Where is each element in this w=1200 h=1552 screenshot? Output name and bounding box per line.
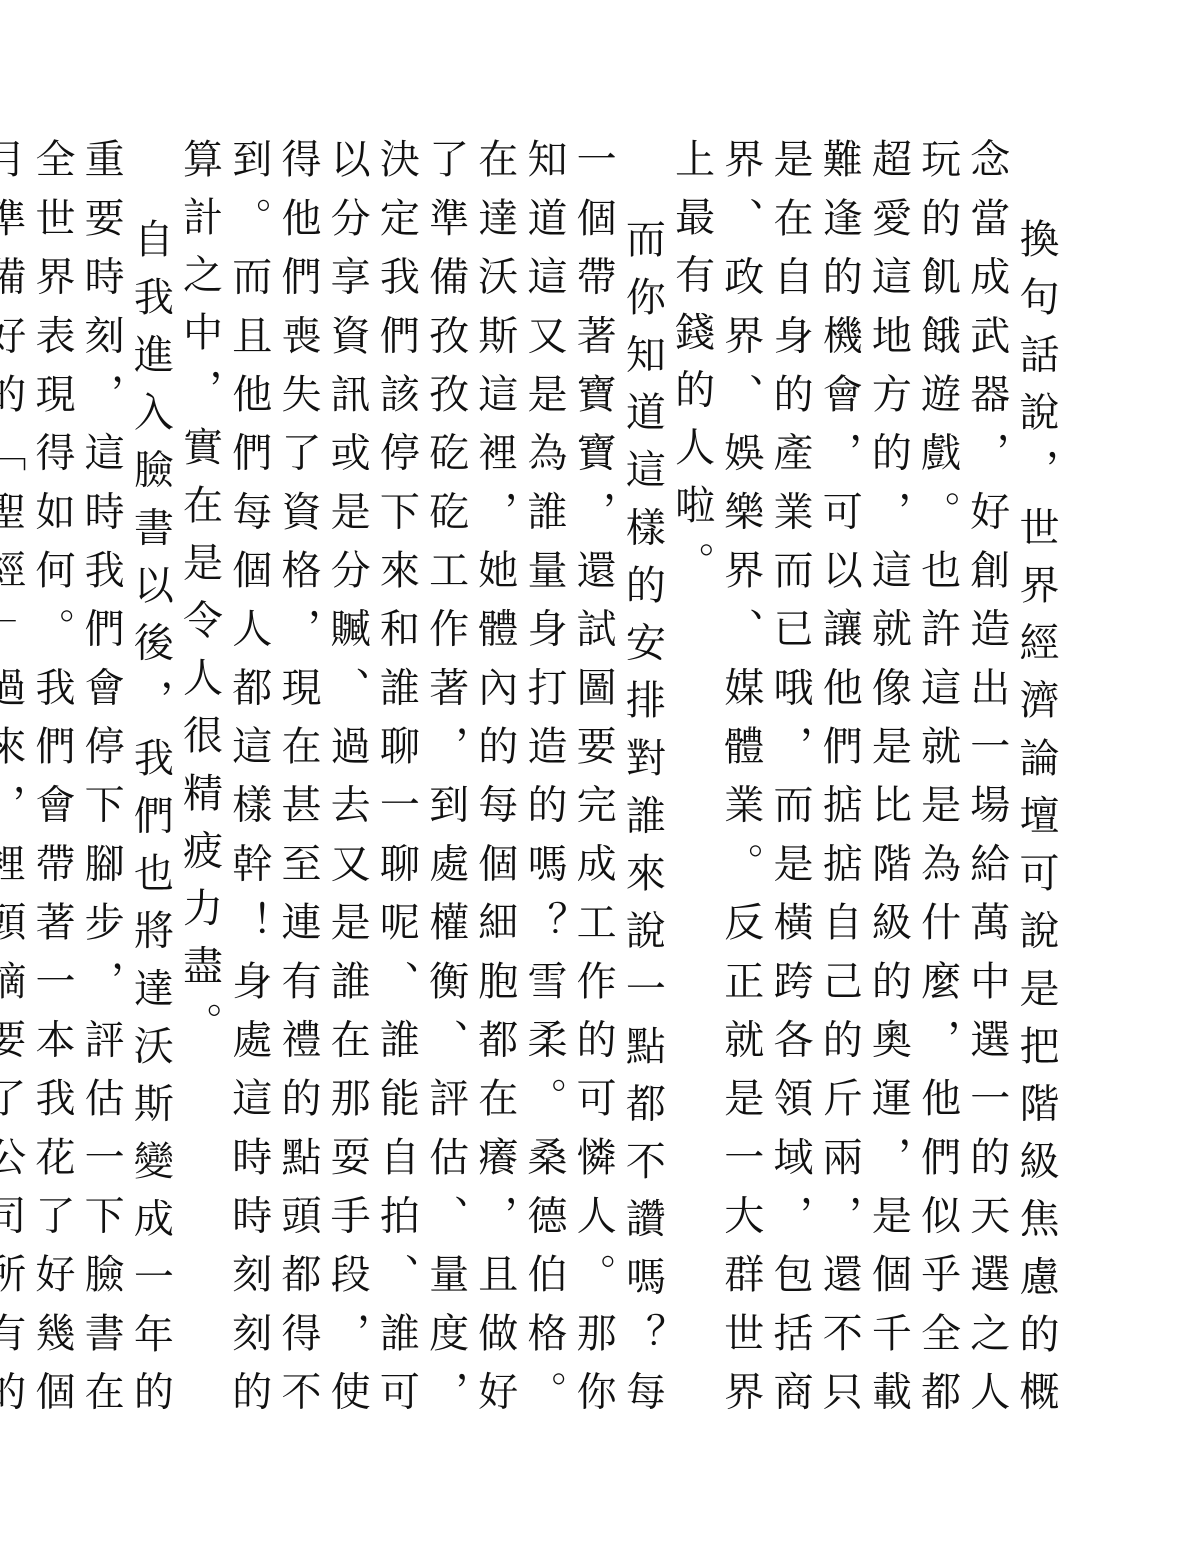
vertical-text-body: 換句話說，世界經濟論壇可說是把階級焦慮的概念當成武器，好創造出一場給萬中選一的天…: [0, 138, 1060, 1428]
paragraph: 而你知道這樣的安排對誰來說一點都不讚嗎？每一個帶著寶寶，還試圖要完成工作的可憐人…: [174, 138, 666, 1428]
document-page: 換句話說，世界經濟論壇可說是把階級焦慮的概念當成武器，好創造出一場給萬中選一的天…: [0, 0, 1200, 1552]
paragraph: 換句話說，世界經濟論壇可說是把階級焦慮的概念當成武器，好創造出一場給萬中選一的天…: [666, 138, 1060, 1428]
paragraph: 自我進入臉書以後，我們也將達沃斯變成一年的重要時刻，這時我們會停下腳步，評估一下…: [0, 138, 174, 1428]
